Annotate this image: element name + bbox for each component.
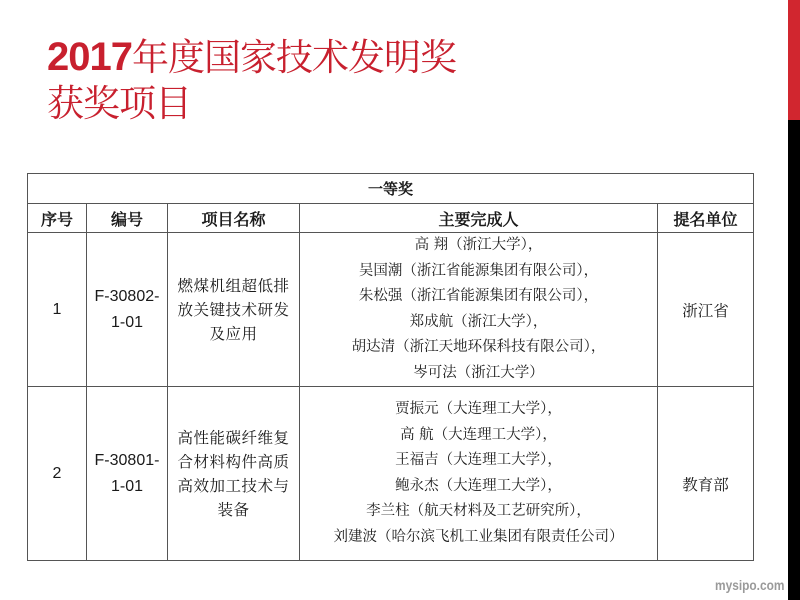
column-header-seq: 序号 <box>28 204 87 233</box>
code-line: 1-01 <box>87 310 167 336</box>
table-row: 2 F-30801- 1-01 高性能碳纤维复 合材料构件高质 高效加工技术与 … <box>28 387 754 561</box>
person-entry: 贾振元（大连理工大学）， <box>300 397 657 423</box>
cell-code: F-30802- 1-01 <box>87 233 168 387</box>
title-line-1: 2017年度国家技术发明奖 <box>47 34 456 81</box>
person-entry: 鲍永杰（大连理工大学）， <box>300 474 657 500</box>
column-header-persons: 主要完成人 <box>300 204 658 233</box>
code-line: F-30802- <box>87 284 167 310</box>
project-line: 高效加工技术与 <box>168 474 299 498</box>
code-line: F-30801- <box>87 448 167 474</box>
column-header-code: 编号 <box>87 204 168 233</box>
watermark: mysipo.com <box>715 577 784 593</box>
cell-nominator: 浙江省 <box>658 233 754 387</box>
cell-nominator: 教育部 <box>658 387 754 561</box>
project-line: 合材料构件高质 <box>168 450 299 474</box>
award-level-row: 一等奖 <box>28 174 754 204</box>
award-table: 一等奖 序号 编号 项目名称 主要完成人 提名单位 1 F-30802- 1-0… <box>27 173 754 561</box>
column-header-project: 项目名称 <box>168 204 300 233</box>
person-entry: 高 翔（浙江大学）， <box>300 233 657 259</box>
code-line: 1-01 <box>87 474 167 500</box>
project-line: 高性能碳纤维复 <box>168 426 299 450</box>
project-line: 装备 <box>168 498 299 522</box>
person-entry: 吴国潮（浙江省能源集团有限公司）， <box>300 259 657 285</box>
accent-bar-black <box>788 120 800 600</box>
person-entry: 高 航（大连理工大学）， <box>300 423 657 449</box>
person-entry: 岑可法（浙江大学） <box>300 361 657 387</box>
person-entry: 朱松强（浙江省能源集团有限公司）， <box>300 284 657 310</box>
person-entry: 郑成航（浙江大学）， <box>300 310 657 336</box>
title-line-2: 获奖项目 <box>47 81 456 127</box>
cell-project-name: 燃煤机组超低排 放关键技术研发 及应用 <box>168 233 300 387</box>
person-entry: 李兰柱（航天材料及工艺研究所）， <box>300 499 657 525</box>
accent-bar-red <box>788 0 800 120</box>
column-header-nominator: 提名单位 <box>658 204 754 233</box>
cell-seq: 1 <box>28 233 87 387</box>
slide-title: 2017年度国家技术发明奖 获奖项目 <box>47 34 456 127</box>
award-level-heading: 一等奖 <box>28 174 754 204</box>
person-entry: 刘建波（哈尔滨飞机工业集团有限责任公司） <box>300 525 657 551</box>
project-line: 燃煤机组超低排 <box>168 274 299 298</box>
column-header-row: 序号 编号 项目名称 主要完成人 提名单位 <box>28 204 754 233</box>
cell-seq: 2 <box>28 387 87 561</box>
cell-persons: 贾振元（大连理工大学）， 高 航（大连理工大学）， 王福吉（大连理工大学）， 鲍… <box>300 387 658 561</box>
project-line: 及应用 <box>168 322 299 346</box>
table-row: 1 F-30802- 1-01 燃煤机组超低排 放关键技术研发 及应用 高 翔（… <box>28 233 754 387</box>
person-entry: 胡达清（浙江天地环保科技有限公司）， <box>300 335 657 361</box>
project-line: 放关键技术研发 <box>168 298 299 322</box>
person-entry: 王福吉（大连理工大学）， <box>300 448 657 474</box>
title-line-1-text: 年度国家技术发明奖 <box>132 36 456 79</box>
cell-persons: 高 翔（浙江大学）， 吴国潮（浙江省能源集团有限公司）， 朱松强（浙江省能源集团… <box>300 233 658 387</box>
title-year: 2017 <box>47 35 132 79</box>
cell-project-name: 高性能碳纤维复 合材料构件高质 高效加工技术与 装备 <box>168 387 300 561</box>
slide: 2017年度国家技术发明奖 获奖项目 一等奖 序号 编号 项目名称 主要完成人 … <box>0 0 800 600</box>
cell-code: F-30801- 1-01 <box>87 387 168 561</box>
